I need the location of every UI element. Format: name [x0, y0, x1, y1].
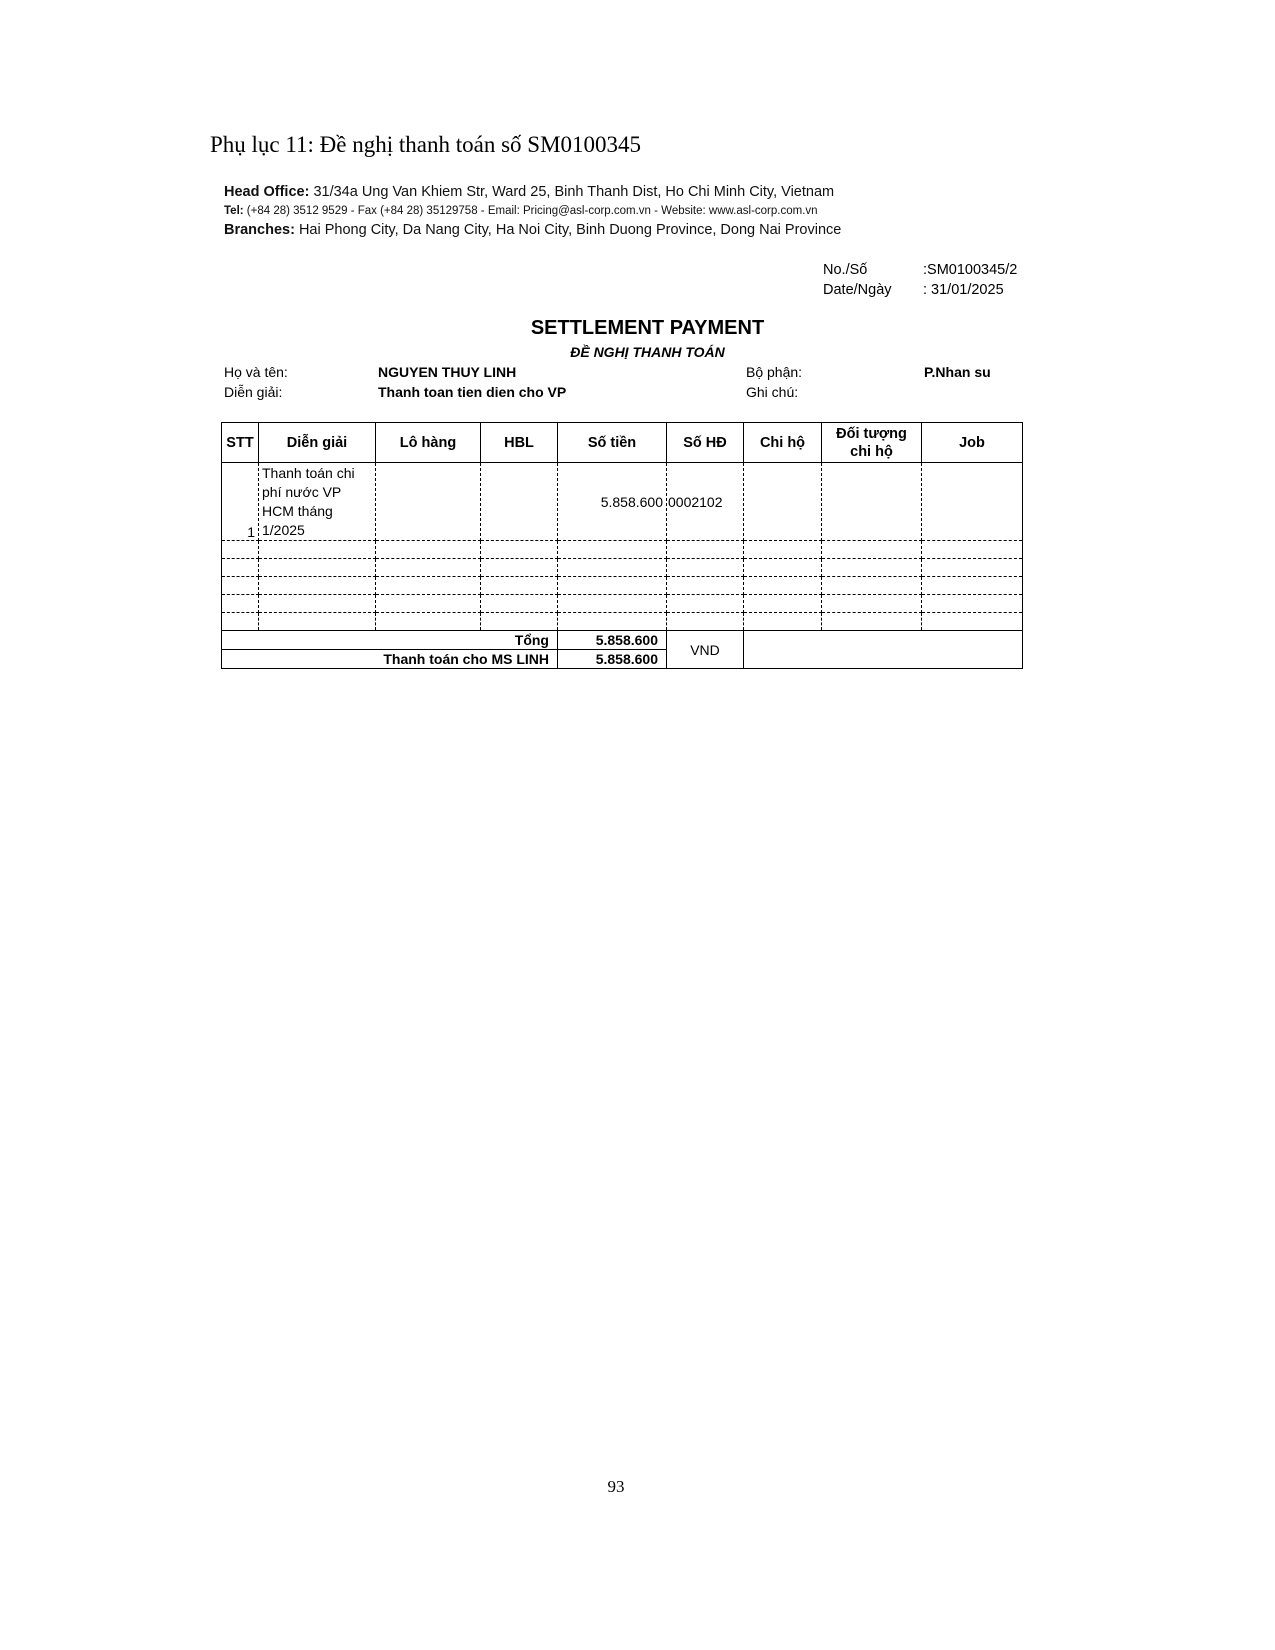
payment-value: 5.858.600 — [558, 650, 667, 669]
doc-date-value: : 31/01/2025 — [923, 280, 1004, 300]
total-label: Tổng — [222, 631, 558, 650]
cell-job — [922, 463, 1023, 541]
head-office-line: Head Office: 31/34a Ung Van Khiem Str, W… — [224, 182, 841, 202]
table-row: 1 Thanh toán chi phí nước VP HCM tháng 1… — [222, 463, 1023, 541]
settlement-table: STT Diễn giải Lô hàng HBL Số tiền Số HĐ … — [221, 422, 1023, 669]
document-meta: No./Số:SM0100345/2 Date/Ngày: 31/01/2025 — [823, 260, 1017, 300]
col-payee: Đối tượng chi hộ — [822, 423, 922, 463]
cell-lot — [376, 463, 481, 541]
head-office-label: Head Office: — [224, 184, 309, 200]
col-amount: Số tiền — [558, 423, 667, 463]
cell-stt: 1 — [222, 463, 259, 541]
appendix-title: Phụ lục 11: Đề nghị thanh toán số SM0100… — [210, 132, 641, 158]
name-label: Họ và tên: — [224, 364, 288, 380]
description-label: Diễn giải: — [224, 384, 282, 400]
contact-line: Tel: (+84 28) 3512 9529 - Fax (+84 28) 3… — [224, 202, 841, 220]
cell-description: Thanh toán chi phí nước VP HCM tháng 1/2… — [259, 463, 376, 541]
col-paid-on-behalf: Chi hộ — [744, 423, 822, 463]
cell-paid-on-behalf — [744, 463, 822, 541]
col-job: Job — [922, 423, 1023, 463]
total-blank — [744, 631, 1023, 669]
tel-label: Tel: — [224, 205, 244, 217]
branches-label: Branches: — [224, 222, 295, 238]
department-value: P.Nhan su — [924, 364, 991, 380]
department-label: Bộ phận: — [746, 364, 802, 380]
branches-list: Hai Phong City, Da Nang City, Ha Noi Cit… — [295, 222, 841, 238]
branches-line: Branches: Hai Phong City, Da Nang City, … — [224, 220, 841, 240]
head-office-address: 31/34a Ung Van Khiem Str, Ward 25, Binh … — [309, 184, 834, 200]
total-row: Tổng 5.858.600 VND — [222, 631, 1023, 650]
cell-invoice: 0002102 — [667, 463, 744, 541]
doc-no-label: No./Số — [823, 260, 923, 280]
col-stt: STT — [222, 423, 259, 463]
empty-row — [222, 559, 1023, 577]
empty-row — [222, 595, 1023, 613]
page-number: 93 — [0, 1477, 1232, 1497]
cell-amount: 5.858.600 — [558, 463, 667, 541]
name-value: NGUYEN THUY LINH — [378, 364, 516, 380]
company-header: Head Office: 31/34a Ung Van Khiem Str, W… — [224, 182, 841, 240]
form-subtitle: ĐỀ NGHỊ THANH TOÁN — [0, 344, 1275, 360]
cell-hbl — [481, 463, 558, 541]
form-title: SETTLEMENT PAYMENT — [0, 317, 1275, 340]
col-lot: Lô hàng — [376, 423, 481, 463]
total-value: 5.858.600 — [558, 631, 667, 650]
payment-label: Thanh toán cho MS LINH — [222, 650, 558, 669]
cell-payee — [822, 463, 922, 541]
doc-no-value: :SM0100345/2 — [923, 260, 1017, 280]
empty-row — [222, 577, 1023, 595]
col-description: Diễn giải — [259, 423, 376, 463]
empty-row — [222, 541, 1023, 559]
currency: VND — [667, 631, 744, 669]
contact-details: (+84 28) 3512 9529 - Fax (+84 28) 351297… — [244, 205, 818, 217]
doc-date-label: Date/Ngày — [823, 280, 923, 300]
empty-row — [222, 613, 1023, 631]
col-invoice: Số HĐ — [667, 423, 744, 463]
table-header-row: STT Diễn giải Lô hàng HBL Số tiền Số HĐ … — [222, 423, 1023, 463]
col-hbl: HBL — [481, 423, 558, 463]
note-label: Ghi chú: — [746, 384, 798, 400]
description-value: Thanh toan tien dien cho VP — [378, 384, 566, 400]
